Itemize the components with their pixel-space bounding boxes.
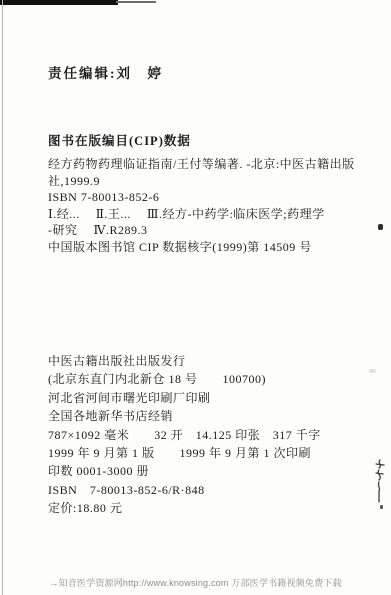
cip-title-line-continued: 社,1999.9: [48, 173, 371, 190]
watermark-text: →知音医学资源网http://www.knowsing.com 万部医学书籍视频…: [0, 576, 391, 589]
cip-title-line: 经方药物药理临证指南/王付等编著. -北京:中医古籍出版: [48, 156, 371, 173]
cip-data-block: 图书在版编目(CIP)数据 经方药物药理临证指南/王付等编著. -北京:中医古籍…: [48, 131, 371, 256]
scan-artifact-top-edge-light: [116, 1, 156, 3]
scan-artifact-left-edge-line: [2, 0, 3, 595]
cip-classification-line-continued: -研究 Ⅳ.R289.3: [48, 222, 371, 239]
format-line: 787×1092 毫米 32 开 14.125 印张 317 千字: [48, 426, 371, 444]
price-line: 定价:18.80 元: [48, 499, 371, 517]
isbn-price-code-line: ISBN 7-80013-852-6/R·848: [48, 481, 371, 499]
edition-line: 1999 年 9 月第 1 版 1999 年 9 月第 1 次印刷: [48, 444, 371, 462]
book-copyright-page: 责任编辑:刘 婷 图书在版编目(CIP)数据 经方药物药理临证指南/王付等编著.…: [0, 0, 391, 595]
publisher-line: 中医古籍出版社出版发行: [48, 352, 371, 370]
print-run-line: 印数 0001-3000 册: [48, 462, 371, 480]
printer-line: 河北省河间市曙光印刷厂印刷: [48, 389, 371, 407]
publication-info-block: 中医古籍出版社出版发行 (北京东直门内北新仓 18 号 100700) 河北省河…: [48, 352, 371, 518]
scan-artifact-top-edge: [0, 0, 118, 5]
distributor-line: 全国各地新华书店经销: [48, 407, 371, 425]
cip-classification-line: Ⅰ.经... Ⅱ.王... Ⅲ.经方-中药学:临床医学;药理学: [48, 206, 371, 223]
cip-record-number-line: 中国版本图书馆 CIP 数据核字(1999)第 14509 号: [48, 239, 371, 256]
scan-artifact-ink-blob: [378, 224, 383, 230]
cip-isbn-line: ISBN 7-80013-852-6: [48, 189, 371, 206]
cip-header: 图书在版编目(CIP)数据: [48, 131, 371, 149]
scan-artifact-handwriting-mark: [371, 458, 387, 509]
publisher-address-line: (北京东直门内北新仓 18 号 100700): [48, 370, 371, 388]
responsible-editor-line: 责任编辑:刘 婷: [48, 62, 163, 82]
